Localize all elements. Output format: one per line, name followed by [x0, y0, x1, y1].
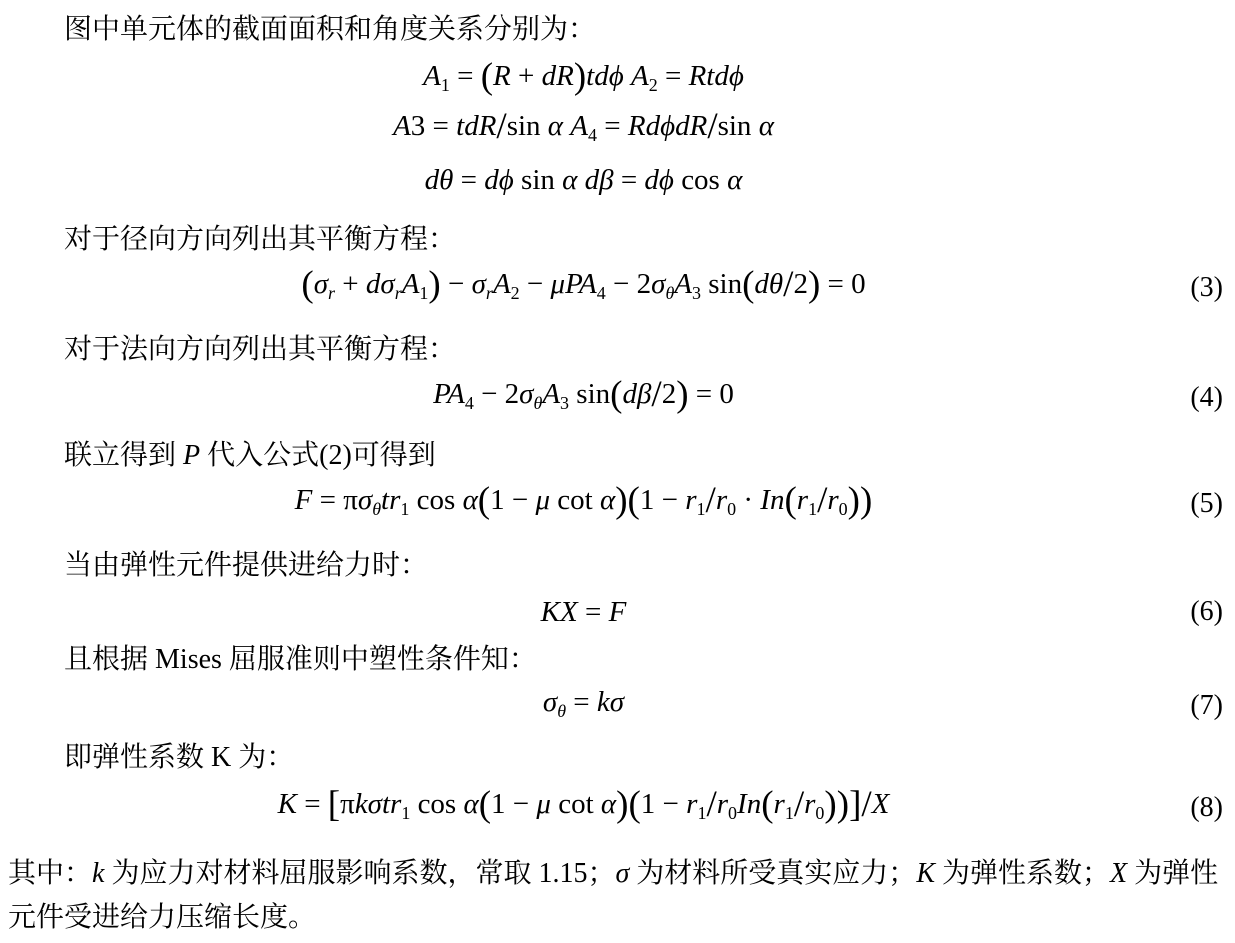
- eq-6-run: =: [578, 596, 609, 628]
- eq-4-run: sin: [569, 378, 610, 410]
- eq-3-run: /: [783, 264, 793, 305]
- eq-3-run: − 2: [606, 268, 651, 300]
- eq-5-run: 1: [697, 499, 706, 519]
- eq-7-run: kσ: [597, 686, 624, 718]
- eq-4-run: 4: [465, 393, 474, 413]
- eq-a1-a2-run: Rtdϕ: [689, 60, 744, 92]
- eq-3-run: ): [808, 264, 820, 305]
- eq-a3-a4-run: α: [759, 110, 774, 142]
- eq-a1-a2: A1 = (R + dR)tdϕ A2 = Rtdϕ: [8, 56, 1223, 104]
- eq-7-run: =: [566, 686, 597, 718]
- eq-a3-a4-run: tdR: [456, 110, 496, 142]
- eq-8-run: π: [340, 788, 355, 820]
- equation-number: (3): [1159, 272, 1223, 304]
- eq-a1-a2-run: (: [481, 56, 493, 97]
- eq-8-run: /: [861, 784, 871, 825]
- eq-4-formula: PA4 − 2σθA3 sin(dβ/2) = 0: [8, 370, 1159, 427]
- eq-3-run: sin: [701, 268, 742, 300]
- eq-8-run: ]: [849, 784, 861, 825]
- eq-8-run: /: [794, 784, 804, 825]
- eq-3-run: +: [335, 268, 366, 300]
- para-notes-run: K: [916, 858, 935, 889]
- eq-a3-a4-run: 4: [588, 125, 597, 145]
- eq-a3-a4-run: α: [548, 110, 563, 142]
- eq-8-run: =: [297, 788, 328, 820]
- eq-3-run: = 0: [820, 268, 865, 300]
- eq-5-run: ·: [736, 484, 760, 516]
- eq-5-run: 1 −: [640, 484, 685, 516]
- eq-8-run: r: [774, 788, 785, 820]
- eq-4: PA4 − 2σθA3 sin(dβ/2) = 0(4): [8, 374, 1223, 422]
- eq-5-run: (: [478, 480, 490, 521]
- document-body: 图中单元体的截面面积和角度关系分别为：A1 = (R + dR)tdϕ A2 =…: [0, 0, 1235, 943]
- eq-4-run: σ: [519, 378, 533, 410]
- eq-dtheta-dbeta-run: sin: [514, 164, 562, 196]
- para-elastic-feed-run: 当由弹性元件提供进给力时：: [64, 550, 428, 581]
- eq-3-run: θ: [665, 283, 674, 303]
- eq-3-run: μPA: [551, 268, 597, 300]
- eq-7-run: σ: [543, 686, 557, 718]
- eq-a3-a4-run: A: [570, 110, 588, 142]
- eq-6-run: F: [609, 596, 627, 628]
- para-mises: 且根据 Mises 屈服准则中塑性条件知：: [8, 642, 1223, 678]
- eq-7-run: θ: [557, 701, 566, 721]
- eq-a1-a2-run: [624, 60, 631, 92]
- para-notes-run: 其中：: [8, 858, 92, 889]
- eq-a1-a2-run: A: [423, 60, 441, 92]
- para-mises-run: 且根据: [64, 644, 155, 675]
- eq-dtheta-dbeta-run: dϕ: [644, 164, 674, 196]
- eq-4-run: PA: [433, 378, 465, 410]
- para-k-coefficient-run: K: [211, 742, 231, 773]
- eq-8-run: 0: [728, 803, 737, 823]
- para-intro-run: 图中单元体的截面面积和角度关系分别为：: [64, 14, 596, 45]
- eq-a1-a2-formula: A1 = (R + dR)tdϕ A2 = Rtdϕ: [8, 52, 1159, 109]
- eq-5-run: r: [685, 484, 696, 516]
- para-normal: 对于法向方向列出其平衡方程：: [8, 332, 1223, 368]
- eq-a1-a2-run: =: [658, 60, 689, 92]
- eq-8-run: r: [686, 788, 697, 820]
- para-intro: 图中单元体的截面面积和角度关系分别为：: [8, 12, 1223, 48]
- equation-number: (5): [1159, 488, 1223, 520]
- eq-dtheta-dbeta-run: dϕ: [484, 164, 514, 196]
- eq-dtheta-dbeta-run: α: [727, 164, 742, 196]
- eq-a1-a2-run: tdϕ: [586, 60, 624, 92]
- eq-5-run: tr: [381, 484, 400, 516]
- eq-8-run: kσtr: [355, 788, 402, 820]
- eq-5-run: ): [848, 480, 860, 521]
- eq-3-run: ): [428, 264, 440, 305]
- eq-a1-a2-run: =: [450, 60, 481, 92]
- para-notes-run: 为弹性系数；: [935, 858, 1110, 889]
- para-notes-run: 1.15: [538, 858, 587, 889]
- eq-3-run: 2: [793, 268, 808, 300]
- eq-3-run: dσ: [366, 268, 395, 300]
- para-combine-run: P: [183, 440, 200, 471]
- para-combine-run: 联立得到: [64, 440, 183, 471]
- eq-8-run: In: [737, 788, 761, 820]
- eq-a1-a2-run: ): [574, 56, 586, 97]
- para-notes-run: σ: [615, 858, 629, 889]
- eq-a1-a2-run: R: [493, 60, 511, 92]
- eq-dtheta-dbeta-run: dθ: [425, 164, 454, 196]
- eq-8-run: cot: [551, 788, 601, 820]
- eq-5-run: F: [295, 484, 313, 516]
- eq-4-run: θ: [533, 393, 542, 413]
- eq-8-run: 1 −: [641, 788, 686, 820]
- eq-7-formula: σθ = kσ: [8, 678, 1159, 735]
- eq-5-run: 1 −: [490, 484, 535, 516]
- para-notes-run: k: [92, 858, 104, 889]
- eq-4-run: dβ: [622, 378, 651, 410]
- eq-a3-a4-run: =: [597, 110, 628, 142]
- eq-3-run: r: [328, 283, 335, 303]
- eq-8-run: α: [601, 788, 616, 820]
- eq-4-run: = 0: [689, 378, 734, 410]
- eq-3-run: 4: [597, 283, 606, 303]
- eq-a1-a2-run: +: [511, 60, 542, 92]
- eq-8-run: 1: [785, 803, 794, 823]
- eq-8-run: 1 −: [491, 788, 536, 820]
- eq-a1-a2-run: dR: [542, 60, 574, 92]
- eq-a3-a4-formula: A3 = tdR/sin α A4 = RdϕdR/sin α: [8, 102, 1159, 159]
- eq-5-run: = π: [312, 484, 358, 516]
- eq-5-run: ): [860, 480, 872, 521]
- eq-5-run: r: [797, 484, 808, 516]
- eq-a1-a2-run: A: [631, 60, 649, 92]
- eq-4-run: /: [651, 374, 661, 415]
- eq-3: (σr + dσrA1) − σrA2 − μPA4 − 2σθA3 sin(d…: [8, 264, 1223, 312]
- eq-8-run: K: [278, 788, 297, 820]
- eq-5-run: θ: [372, 499, 381, 519]
- eq-a3-a4-run: /: [707, 106, 717, 147]
- eq-a1-a2-run: 2: [649, 75, 658, 95]
- para-combine-run: 代入公式(2)可得到: [200, 440, 436, 471]
- eq-6-run: KX: [541, 596, 578, 628]
- para-notes-run: 为材料所受真实应力；: [629, 858, 916, 889]
- para-notes-run: X: [1110, 858, 1127, 889]
- eq-4-run: (: [610, 374, 622, 415]
- eq-a3-a4-run: sin: [507, 110, 548, 142]
- eq-5-run: (: [784, 480, 796, 521]
- eq-5-run: 1: [808, 499, 817, 519]
- eq-4-run: 2: [662, 378, 677, 410]
- eq-8-run: /: [706, 784, 716, 825]
- eq-8-run: 1: [401, 803, 410, 823]
- para-radial: 对于径向方向列出其平衡方程：: [8, 222, 1223, 258]
- eq-8-run: [: [328, 784, 340, 825]
- para-k-coefficient-run: 为：: [231, 742, 294, 773]
- para-mises-run: Mises: [155, 644, 222, 675]
- eq-3-run: A: [674, 268, 692, 300]
- eq-3-run: σ: [472, 268, 486, 300]
- eq-8-run: X: [872, 788, 890, 820]
- eq-5-run: r: [827, 484, 838, 516]
- para-notes-run: ；: [587, 858, 615, 889]
- eq-3-run: (: [742, 264, 754, 305]
- eq-8-run: (: [628, 784, 640, 825]
- eq-dtheta-dbeta-formula: dθ = dϕ sin α dβ = dϕ cos α: [8, 156, 1159, 204]
- eq-8-run: ): [616, 784, 628, 825]
- eq-5-run: σ: [358, 484, 372, 516]
- eq-dtheta-dbeta-run: =: [453, 164, 484, 196]
- eq-a3-a4: A3 = tdR/sin α A4 = RdϕdR/sin α: [8, 106, 1223, 154]
- eq-4-run: A: [542, 378, 560, 410]
- eq-5: F = πσθtr1 cos α(1 − μ cot α)(1 − r1/r0 …: [8, 480, 1223, 528]
- eq-5-run: α: [600, 484, 615, 516]
- eq-3-run: dθ: [754, 268, 783, 300]
- eq-5-run: r: [716, 484, 727, 516]
- eq-3-run: σ: [651, 268, 665, 300]
- eq-5-run: In: [760, 484, 784, 516]
- equation-number: (4): [1159, 382, 1223, 414]
- eq-5-run: α: [463, 484, 478, 516]
- eq-8-formula: K = [πkσtr1 cos α(1 − μ cot α)(1 − r1/r0…: [8, 780, 1159, 837]
- eq-4-run: ): [676, 374, 688, 415]
- eq-8-run: ): [824, 784, 836, 825]
- para-notes-run: 为应力对材料屈服影响系数，常取: [104, 858, 538, 889]
- eq-8-run: r: [717, 788, 728, 820]
- eq-5-run: cos: [409, 484, 462, 516]
- eq-dtheta-dbeta-run: α: [562, 164, 577, 196]
- para-mises-run: 屈服准则中塑性条件知：: [222, 644, 537, 675]
- eq-dtheta-dbeta-run: =: [614, 164, 645, 196]
- eq-6-formula: KX = F: [8, 588, 1159, 636]
- para-k-coefficient: 即弹性系数 K 为：: [8, 740, 1223, 776]
- equation-number: (7): [1159, 690, 1223, 722]
- para-notes: 其中：k 为应力对材料屈服影响系数，常取 1.15；σ 为材料所受真实应力；K …: [8, 852, 1223, 940]
- eq-8-run: (: [479, 784, 491, 825]
- eq-dtheta-dbeta-run: cos: [674, 164, 727, 196]
- eq-5-formula: F = πσθtr1 cos α(1 − μ cot α)(1 − r1/r0 …: [8, 476, 1159, 533]
- eq-a3-a4-run: sin: [718, 110, 759, 142]
- eq-8: K = [πkσtr1 cos α(1 − μ cot α)(1 − r1/r0…: [8, 784, 1223, 832]
- eq-a3-a4-run: /: [496, 106, 506, 147]
- eq-3-run: σ: [314, 268, 328, 300]
- eq-8-run: α: [463, 788, 478, 820]
- eq-3-formula: (σr + dσrA1) − σrA2 − μPA4 − 2σθA3 sin(d…: [8, 260, 1159, 317]
- para-combine: 联立得到 P 代入公式(2)可得到: [8, 438, 1223, 474]
- eq-3-run: −: [441, 268, 472, 300]
- eq-3-run: r: [486, 283, 493, 303]
- eq-3-run: A: [402, 268, 420, 300]
- eq-5-run: ): [615, 480, 627, 521]
- eq-8-run: r: [804, 788, 815, 820]
- eq-3-run: 3: [692, 283, 701, 303]
- para-k-coefficient-run: 即弹性系数: [64, 742, 211, 773]
- eq-3-run: 2: [511, 283, 520, 303]
- eq-7: σθ = kσ(7): [8, 682, 1223, 730]
- eq-4-run: 3: [560, 393, 569, 413]
- eq-8-run: ): [837, 784, 849, 825]
- eq-5-run: /: [706, 480, 716, 521]
- eq-a3-a4-run: RdϕdR: [628, 110, 707, 142]
- eq-a3-a4-run: 3 =: [411, 110, 456, 142]
- eq-a3-a4-run: A: [393, 110, 411, 142]
- eq-dtheta-dbeta: dθ = dϕ sin α dβ = dϕ cos α: [8, 156, 1223, 204]
- eq-8-run: μ: [536, 788, 551, 820]
- equation-number: (6): [1159, 596, 1223, 628]
- eq-8-run: cos: [410, 788, 463, 820]
- eq-5-run: 0: [839, 499, 848, 519]
- eq-3-run: r: [395, 283, 402, 303]
- eq-dtheta-dbeta-run: [577, 164, 584, 196]
- eq-5-run: cot: [550, 484, 600, 516]
- para-radial-run: 对于径向方向列出其平衡方程：: [64, 224, 456, 255]
- eq-4-run: − 2: [474, 378, 519, 410]
- eq-5-run: (: [628, 480, 640, 521]
- eq-dtheta-dbeta-run: dβ: [585, 164, 614, 196]
- eq-3-run: (: [301, 264, 313, 305]
- eq-a1-a2-run: 1: [441, 75, 450, 95]
- eq-3-run: A: [493, 268, 511, 300]
- para-normal-run: 对于法向方向列出其平衡方程：: [64, 334, 456, 365]
- eq-6: KX = F(6): [8, 588, 1223, 636]
- eq-3-run: −: [520, 268, 551, 300]
- equation-number: (8): [1159, 792, 1223, 824]
- eq-8-run: (: [761, 784, 773, 825]
- eq-5-run: /: [817, 480, 827, 521]
- eq-5-run: μ: [535, 484, 550, 516]
- para-elastic-feed: 当由弹性元件提供进给力时：: [8, 548, 1223, 584]
- eq-5-run: 0: [727, 499, 736, 519]
